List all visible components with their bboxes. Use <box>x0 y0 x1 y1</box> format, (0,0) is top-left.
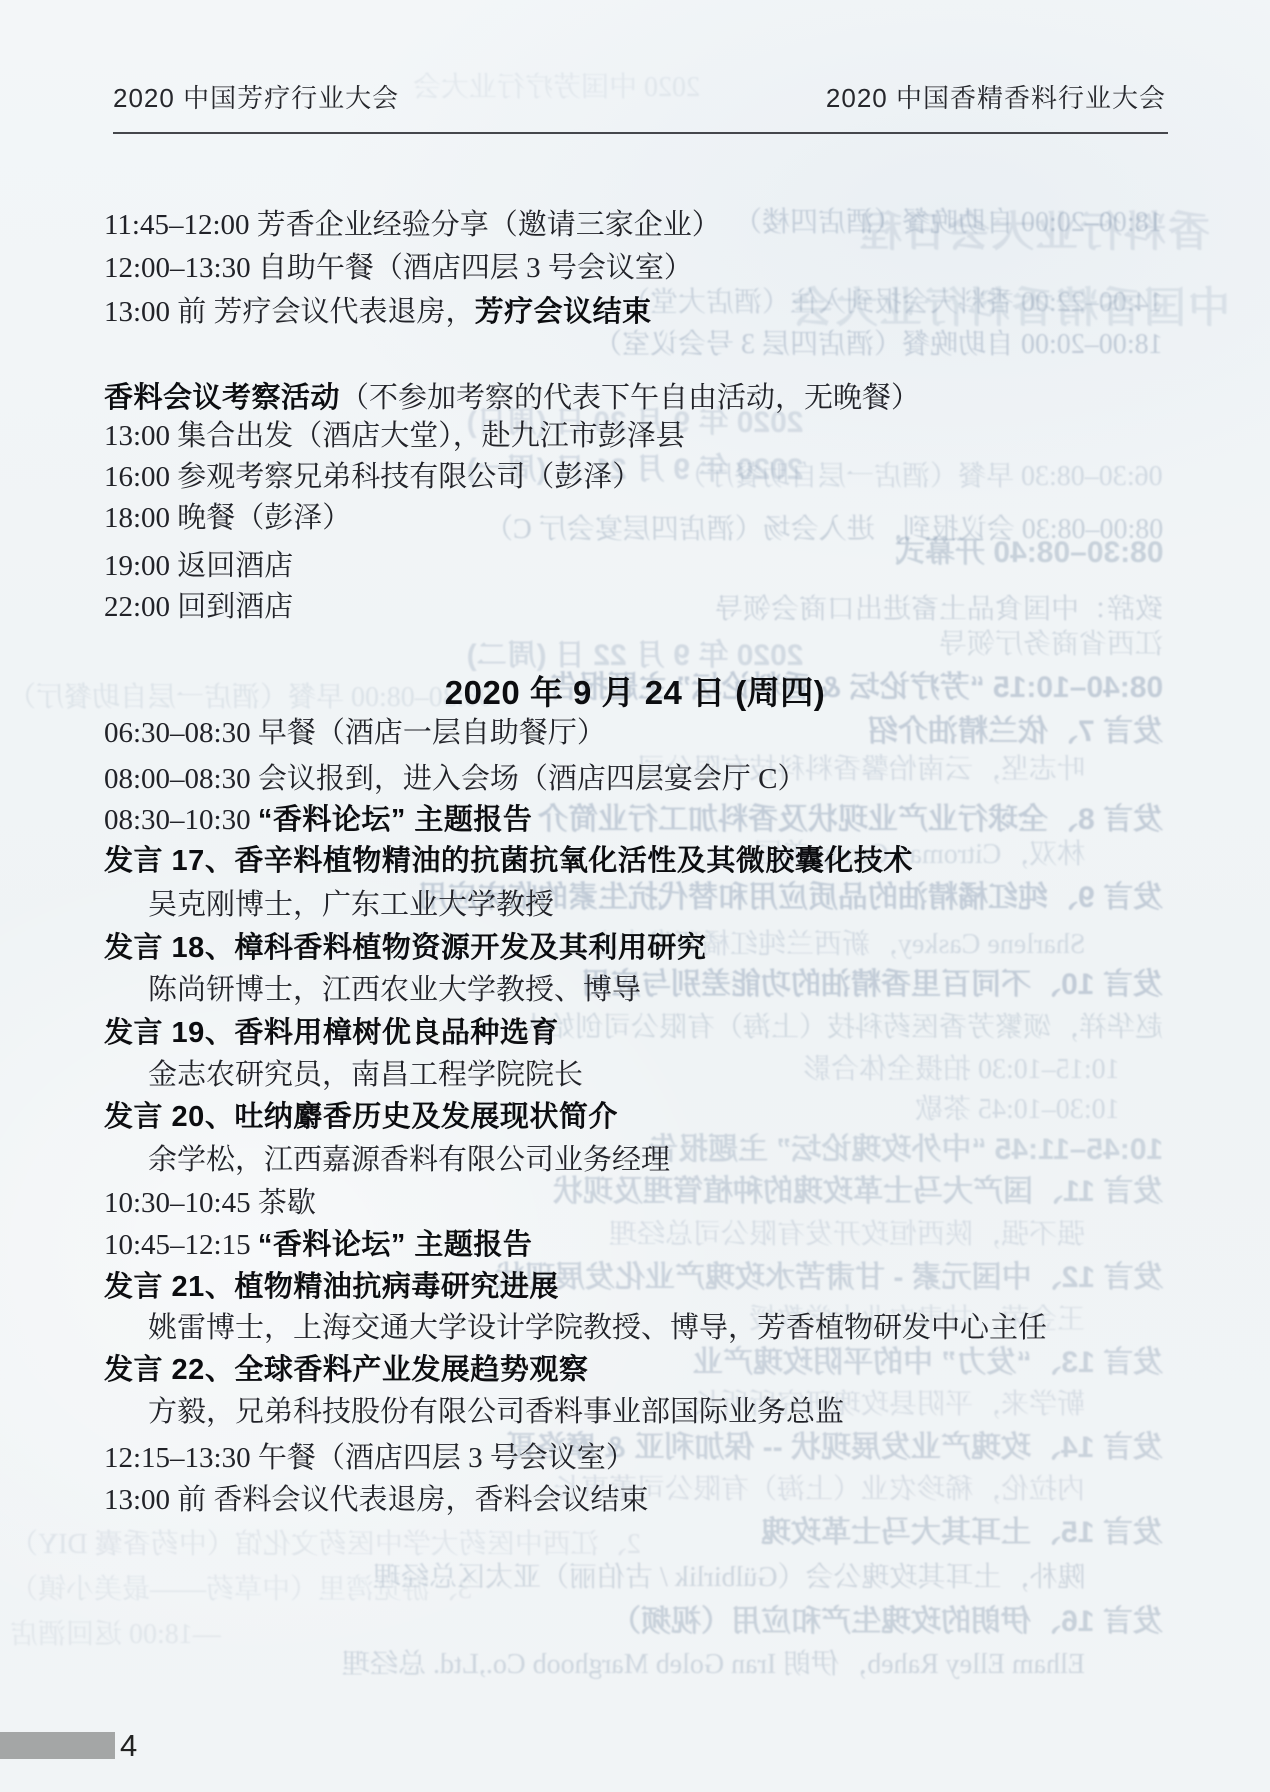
ghost-text-line: 发言 8、全球行业产业现状及香料加工行业简介 <box>538 800 1163 840</box>
schedule-text-bold: 香料会议考察活动 <box>104 382 340 414</box>
ghost-text-line: 中国香精香料行业大会 <box>790 288 1230 328</box>
schedule-text: 12:00–13:30 自助午餐（酒店四层 3 号会议室） <box>104 252 693 284</box>
header-left-title: 2020 中国芳疗行业大会 <box>113 78 399 115</box>
schedule-line: 香料会议考察活动（不参加考察的代表下午自由活动，无晚餐） <box>104 377 920 419</box>
schedule-text: 13:00 集合出发（酒店大堂），赴九江市彭泽县 <box>104 420 685 452</box>
ghost-text-line: Elham Elley Raheb，伊朗 Iran Goleb Marghoob… <box>342 1645 1085 1685</box>
schedule-line: 吴克刚博士，广东工业大学教授 <box>148 884 554 926</box>
schedule-text: 11:45–12:00 芳香企业经验分享（邀请三家企业） <box>104 209 721 241</box>
ghost-text-line: 18:00–20:00 自助晚餐（酒店四楼） <box>734 203 1163 243</box>
schedule-line: 发言 19、香料用樟树优良品种选育 <box>104 1012 559 1054</box>
schedule-line: 金志农研究员，南昌工程学院院长 <box>148 1054 583 1096</box>
ghost-text-line: 致辞：中国食品土畜进出口商会领导 <box>715 590 1163 630</box>
schedule-text-bold: 发言 20、吐纳麝香历史及发展现状简介 <box>104 1101 618 1133</box>
schedule-text: 余学松，江西嘉源香料有限公司业务经理 <box>148 1144 670 1176</box>
ghost-text-line: 发言 16、伊朗的玫瑰生产和应用（视频） <box>611 1602 1163 1642</box>
schedule-text: 19:00 返回酒店 <box>104 550 293 582</box>
schedule-text: 13:00 前 芳疗会议代表退房， <box>104 296 475 328</box>
page-header: 2020 中国芳疗行业大会 2020 中国香精香料行业大会 <box>113 78 1166 115</box>
schedule-line: 13:00 前 芳疗会议代表退房，芳疗会议结束 <box>104 291 652 333</box>
schedule-line: 19:00 返回酒店 <box>104 545 293 587</box>
schedule-text: 姚雷博士，上海交通大学设计学院教授、博导，芳香植物研发中心主任 <box>148 1312 1047 1344</box>
schedule-text: 10:45–12:15 <box>104 1229 258 1261</box>
ghost-text-line: 香料行业大会日程 <box>858 212 1210 252</box>
ghost-text-line: 08:00–08:30 会议报到，进入会场（酒店四层宴会厅 C） <box>485 510 1163 550</box>
schedule-text-bold: 发言 17、香辛料植物精油的抗菌抗氧化活性及其微胶囊化技术 <box>104 845 913 877</box>
schedule-line: 12:00–13:30 自助午餐（酒店四层 3 号会议室） <box>104 247 693 289</box>
schedule-text: 08:30–10:30 <box>104 804 258 836</box>
schedule-text: （不参加考察的代表下午自由活动，无晚餐） <box>340 382 920 414</box>
footer-bar <box>0 1732 115 1759</box>
schedule-text-bold: 2020 年 9 月 24 日 (周四) <box>445 674 825 711</box>
schedule-line: 发言 18、樟科香料植物资源开发及其利用研究 <box>104 927 706 969</box>
schedule-line: 11:45–12:00 芳香企业经验分享（邀请三家企业） <box>104 204 721 246</box>
ghost-text-line: 14:00–22:00 香料大会报到入住（酒店大堂） <box>622 283 1163 323</box>
ghost-text-line: 江西省商务厅领导 <box>939 625 1163 665</box>
schedule-line: 13:00 集合出发（酒店大堂），赴九江市彭泽县 <box>104 415 685 457</box>
schedule-line: 陈尚钘博士，江西农业大学教授、博导 <box>148 969 641 1011</box>
schedule-text: 12:15–13:30 午餐（酒店四层 3 号会议室） <box>104 1442 635 1474</box>
schedule-line: 姚雷博士，上海交通大学设计学院教授、博导，芳香植物研发中心主任 <box>148 1307 1047 1349</box>
header-right-title: 2020 中国香精香料行业大会 <box>826 78 1166 115</box>
schedule-line: 2020 年 9 月 24 日 (周四) <box>0 672 1270 715</box>
schedule-line: 发言 22、全球香料产业发展趋势观察 <box>104 1349 588 1391</box>
schedule-text: 18:00 晚餐（彭泽） <box>104 502 351 534</box>
ghost-text-line: 06:30–08:30 早餐（酒店一层自助餐厅） <box>678 457 1163 497</box>
ghost-text-line: —18:00 返回酒店 <box>10 1615 221 1655</box>
schedule-line: 方毅，兄弟科技股份有限公司香料事业部国际业务总监 <box>148 1391 844 1433</box>
schedule-line: 发言 20、吐纳麝香历史及发展现状简介 <box>104 1096 618 1138</box>
schedule-text: 方毅，兄弟科技股份有限公司香料事业部国际业务总监 <box>148 1396 844 1428</box>
schedule-text: 13:00 前 香料会议代表退房，香料会议结束 <box>104 1484 649 1516</box>
header-rule <box>113 132 1168 134</box>
schedule-text-bold: 发言 18、樟科香料植物资源开发及其利用研究 <box>104 932 706 964</box>
schedule-text-bold: 发言 22、全球香料产业发展趋势观察 <box>104 1354 588 1386</box>
ghost-text-line: 3、游览湾里（中草药——最美小镇） <box>10 1570 472 1610</box>
schedule-line: 12:15–13:30 午餐（酒店四层 3 号会议室） <box>104 1437 635 1479</box>
ghost-text-line: 2、江西中医药大学中医药文化馆（中药香囊 DIY） <box>10 1525 641 1565</box>
schedule-line: 10:30–10:45 茶歇 <box>104 1182 316 1224</box>
schedule-line: 08:30–10:30 “香料论坛” 主题报告 <box>104 799 532 841</box>
page-number: 4 <box>120 1728 137 1764</box>
schedule-text: 16:00 参观考察兄弟科技有限公司（彭泽） <box>104 461 641 493</box>
schedule-line: 06:30–08:30 早餐（酒店一层自助餐厅） <box>104 712 606 754</box>
ghost-text-line: 10:45–11:45 “中外玫瑰论坛” 主题报告 <box>648 1130 1163 1170</box>
ghost-text-line: 隗朴，土耳其玫瑰公会（Gülbirlik / 古伯丽）亚太区总经理 <box>373 1558 1085 1598</box>
schedule-text: 08:00–08:30 会议报到，进入会场（酒店四层宴会厅 C） <box>104 763 806 795</box>
schedule-line: 发言 17、香辛料植物精油的抗菌抗氧化活性及其微胶囊化技术 <box>104 840 913 882</box>
schedule-text: 06:30–08:30 早餐（酒店一层自助餐厅） <box>104 717 606 749</box>
ghost-text-line: 赵华祥，颂繁芳香医药科技（上海）有限公司创始人 <box>519 1008 1163 1048</box>
ghost-text-line: 08:30–08:40 开幕式 <box>895 533 1163 573</box>
ghost-text-line: 发言 10、不同百里香精油的功能差别与应用 <box>581 965 1163 1005</box>
schedule-text: 吴克刚博士，广东工业大学教授 <box>148 889 554 921</box>
schedule-text-bold: “香料论坛” 主题报告 <box>258 804 533 836</box>
schedule-text: 10:30–10:45 茶歇 <box>104 1187 316 1219</box>
ghost-text-line: 发言 12、中国元素 - 甘肃苦水玫瑰产业化发展现状 <box>495 1258 1163 1298</box>
schedule-line: 发言 21、植物精油抗病毒研究进展 <box>104 1266 559 1308</box>
ghost-text-line: 18:00–20:00 自助晚餐（酒店四层 3 号会议室） <box>594 325 1163 365</box>
schedule-text-bold: 发言 19、香料用樟树优良品种选育 <box>104 1017 559 1049</box>
schedule-text: 陈尚钘博士，江西农业大学教授、博导 <box>148 974 641 1006</box>
ghost-text-line: 2020 年 9 月 22 日 (周二) <box>0 636 1270 676</box>
schedule-line: 余学松，江西嘉源香料有限公司业务经理 <box>148 1139 670 1181</box>
schedule-line: 18:00 晚餐（彭泽） <box>104 497 351 539</box>
schedule-text: 金志农研究员，南昌工程学院院长 <box>148 1059 583 1091</box>
schedule-line: 13:00 前 香料会议代表退房，香料会议结束 <box>104 1479 649 1521</box>
schedule-text-bold: 芳疗会议结束 <box>475 296 652 328</box>
schedule-line: 16:00 参观考察兄弟科技有限公司（彭泽） <box>104 456 641 498</box>
ghost-text-line: 10:30–10:45 茶歇 <box>915 1090 1120 1130</box>
schedule-text: 22:00 回到酒店 <box>104 591 293 623</box>
ghost-text-line: 发言 7、依兰精油介绍 <box>868 712 1163 752</box>
scanned-program-page: 2020 中国芳疗行业大会18:00–20:00 自助晚餐（酒店四楼）香料行业大… <box>0 0 1270 1792</box>
ghost-text-line: 强不强，陕西恒玫开发有限公司总经理 <box>609 1215 1085 1255</box>
schedule-text-bold: 发言 21、植物精油抗病毒研究进展 <box>104 1271 559 1303</box>
ghost-text-line: 发言 13、“发力” 中的平阴玫瑰产业 <box>693 1343 1163 1383</box>
ghost-text-line: 10:15–10:30 拍摄全体合影 <box>803 1050 1120 1090</box>
schedule-line: 22:00 回到酒店 <box>104 586 293 628</box>
schedule-text-bold: “香料论坛” 主题报告 <box>258 1229 533 1261</box>
schedule-line: 08:00–08:30 会议报到，进入会场（酒店四层宴会厅 C） <box>104 758 806 800</box>
schedule-line: 10:45–12:15 “香料论坛” 主题报告 <box>104 1224 532 1266</box>
ghost-text-line: 发言 15、土耳其大马士革玫瑰 <box>761 1513 1163 1553</box>
